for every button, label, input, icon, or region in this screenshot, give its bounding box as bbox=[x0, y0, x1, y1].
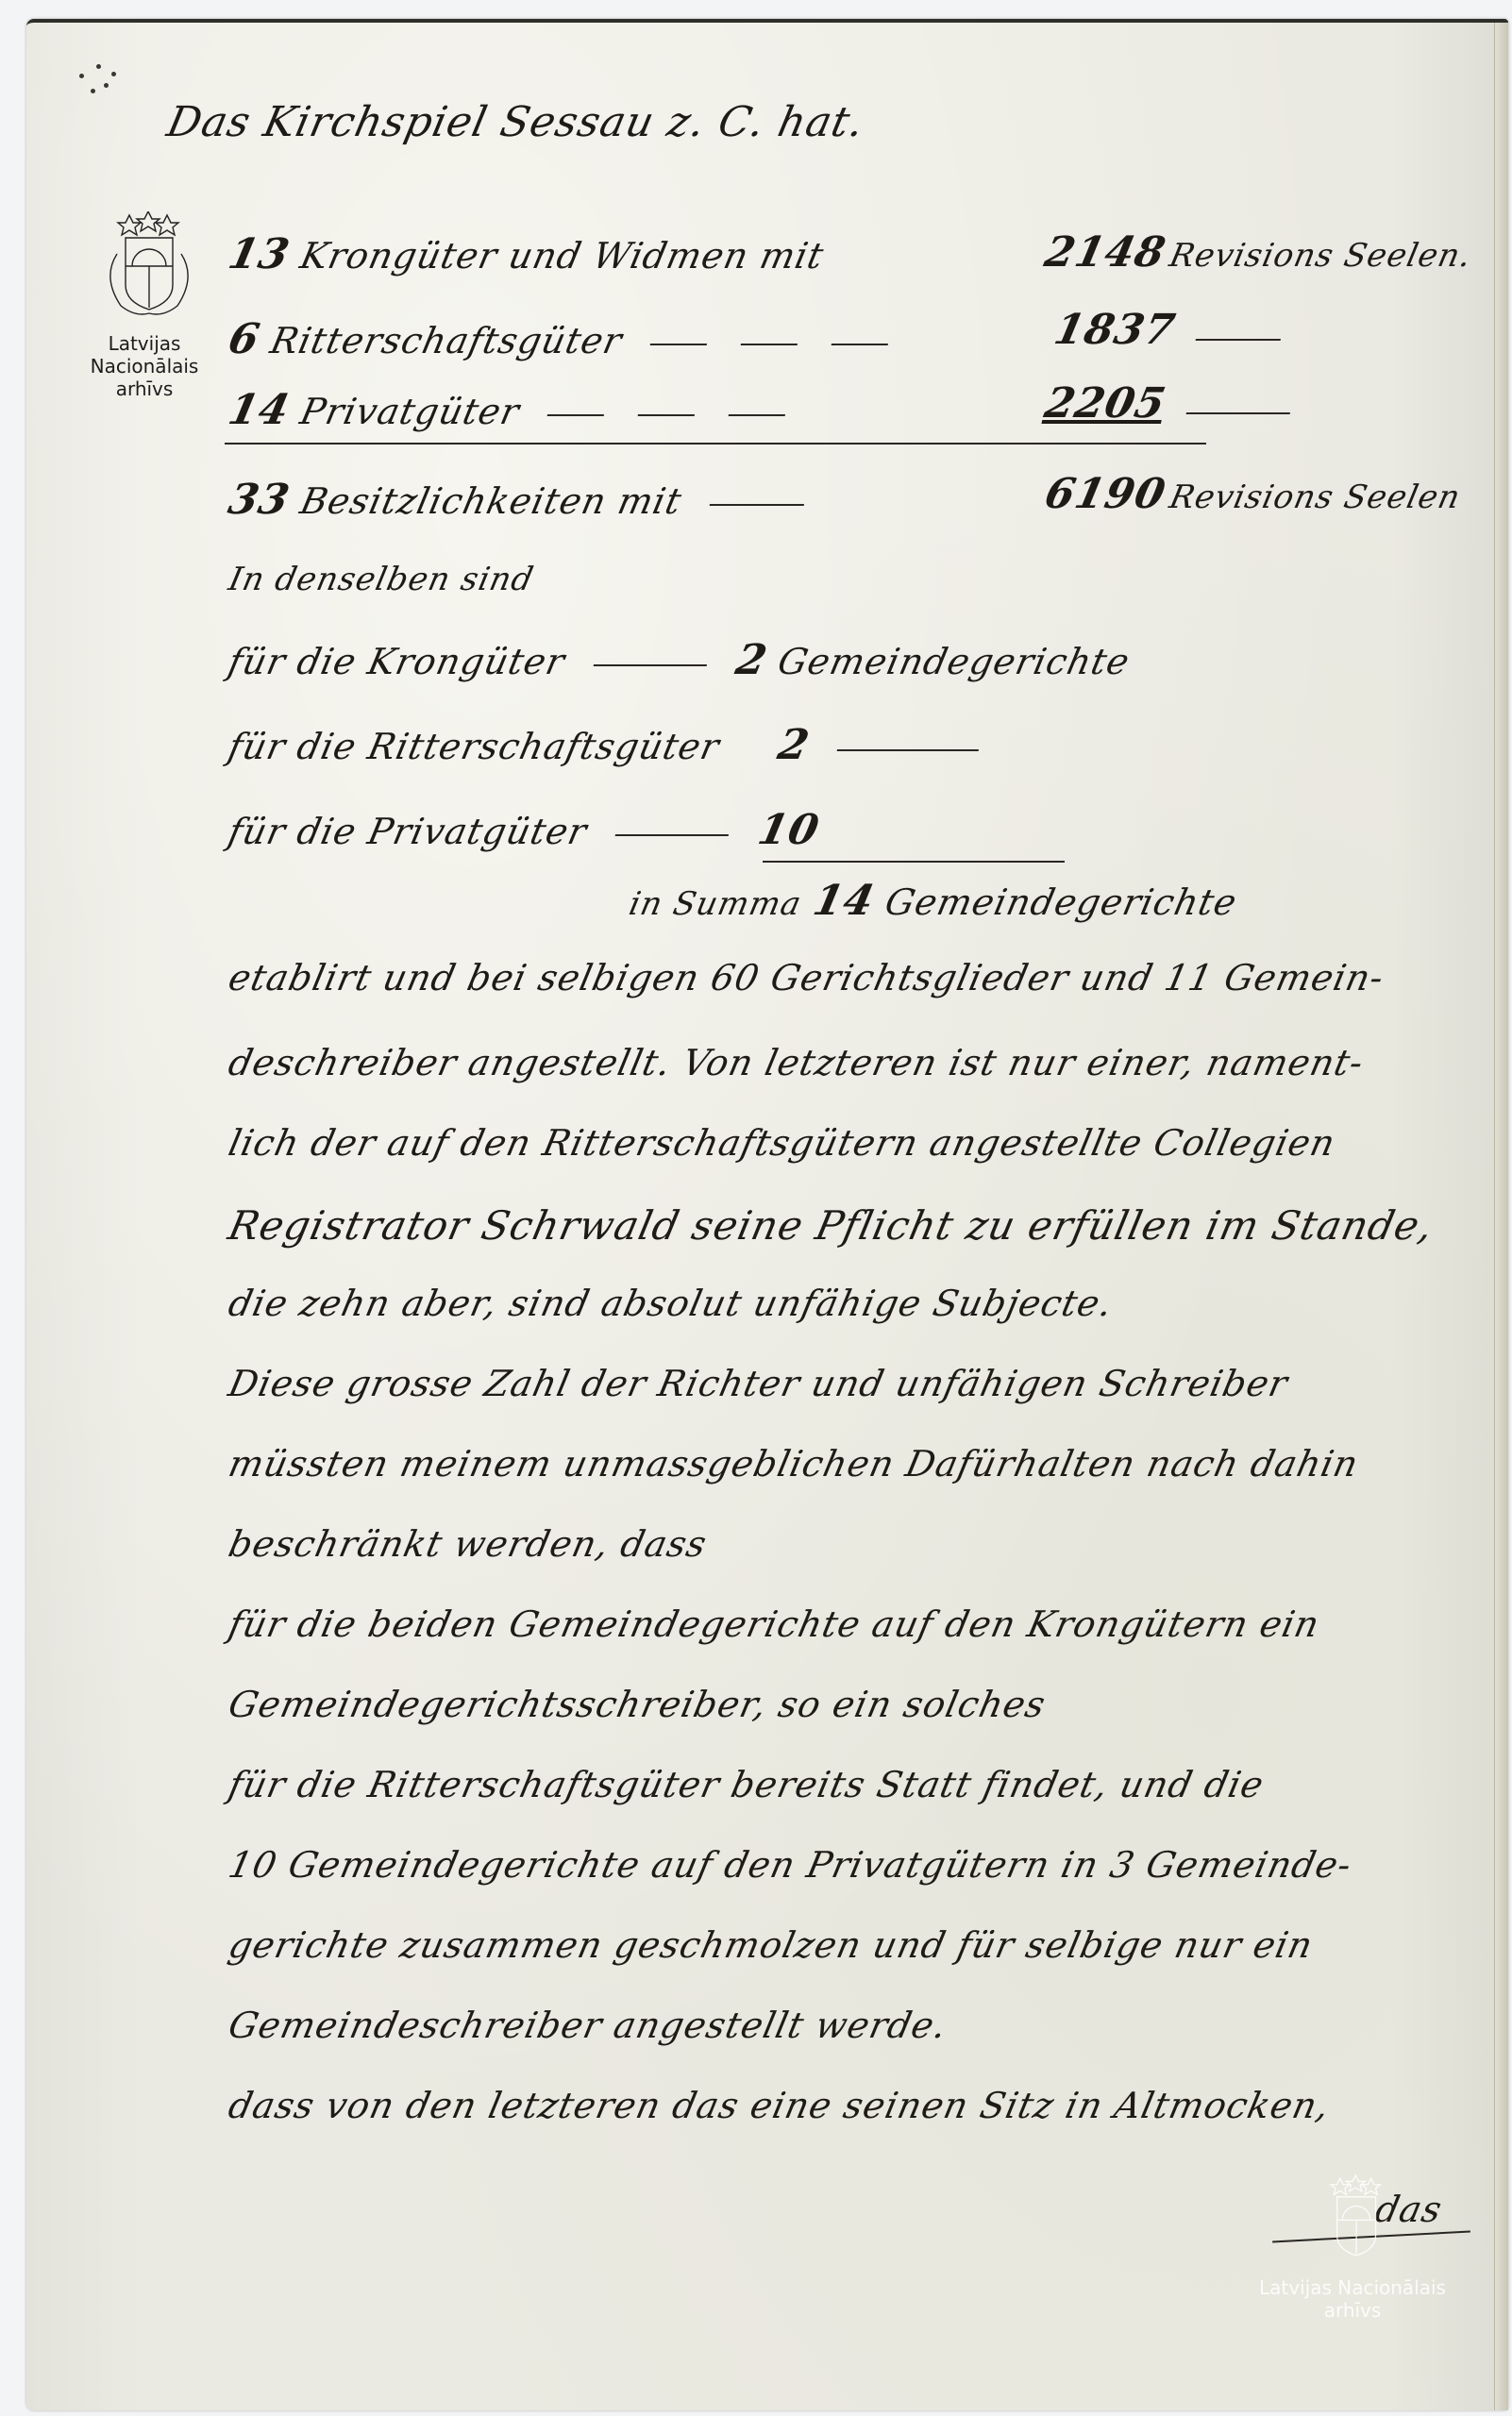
text-line: Diese grosse Zahl der Richter und unfähi… bbox=[225, 1363, 1291, 1404]
estates-total-row: 33 Besitzlichkeiten mit bbox=[225, 476, 828, 524]
text-line: für die beiden Gemeindegerichte auf den … bbox=[225, 1603, 1323, 1645]
estates-row: 6 Ritterschaftsgüter bbox=[225, 315, 912, 363]
estates-row: 13 Krongüter und Widmen mit bbox=[225, 230, 830, 278]
page-edge bbox=[1494, 23, 1508, 2410]
text-line: deschreiber angestellt. Von letzteren is… bbox=[225, 1042, 1368, 1083]
text-line: etablirt und bei selbigen 60 Gerichtsgli… bbox=[225, 957, 1387, 998]
text-line: beschränkt werden, dass bbox=[225, 1523, 711, 1565]
estates-row: 14 Privatgüter bbox=[225, 386, 809, 434]
sum-rule bbox=[225, 443, 1206, 445]
courts-row: für die Privatgüter 10 bbox=[225, 806, 824, 854]
text-line: die zehn aber, sind absolut unfähige Sub… bbox=[225, 1283, 1117, 1324]
document-heading: Das Kirchspiel Sessau z. C. hat. bbox=[163, 98, 869, 146]
latvia-coat-of-arms-icon bbox=[1310, 2174, 1395, 2269]
courts-row: für die Ritterschaftsgüter 2 bbox=[225, 721, 1002, 769]
text-line: Registrator Schrwald seine Pflicht zu er… bbox=[225, 1202, 1438, 1249]
courts-total-row: in Summa 14 Gemeindegerichte bbox=[626, 877, 1242, 925]
text-line: müssten meinem unmassgeblichen Dafürhalt… bbox=[225, 1443, 1362, 1485]
text-line: dass von den letzteren das eine seinen S… bbox=[225, 2085, 1334, 2126]
sum-rule bbox=[763, 861, 1065, 863]
estates-total-value: 6190 Revisions Seelen bbox=[1041, 470, 1467, 518]
estates-row-value: 1837 bbox=[1050, 306, 1304, 354]
watermark-text: Latvijas Nacionālais bbox=[64, 332, 225, 377]
text-line: gerichte zusammen geschmolzen und für se… bbox=[225, 1924, 1317, 1966]
watermark-text: arhīvs bbox=[1253, 2299, 1452, 2322]
text-line: für die Ritterschaftsgüter bereits Statt… bbox=[225, 1764, 1268, 1805]
text-line: lich der auf den Ritterschaftsgütern ang… bbox=[225, 1122, 1339, 1164]
archive-watermark-bottom: Latvijas Nacionālais arhīvs bbox=[1253, 2174, 1452, 2322]
latvia-coat-of-arms-icon bbox=[92, 211, 196, 325]
courts-intro: In denselben sind bbox=[226, 561, 537, 598]
watermark-text: arhīvs bbox=[64, 377, 225, 400]
archive-watermark-top: Latvijas Nacionālais arhīvs bbox=[64, 211, 225, 400]
document-page: Latvijas Nacionālais arhīvs Das Kirchspi… bbox=[26, 19, 1508, 2410]
watermark-text: Latvijas Nacionālais bbox=[1253, 2276, 1452, 2299]
courts-row: für die Krongüter 2 Gemeindegerichte bbox=[225, 636, 1135, 684]
text-line: 10 Gemeindegerichte auf den Privatgütern… bbox=[225, 1844, 1355, 1886]
text-line: Gemeindegerichtsschreiber, so ein solche… bbox=[225, 1684, 1050, 1725]
text-line: Gemeindeschreiber angestellt werde. bbox=[225, 2005, 950, 2046]
estates-row-value: 2205 bbox=[1041, 379, 1314, 428]
estates-row-value: 2148 Revisions Seelen. bbox=[1041, 228, 1477, 277]
